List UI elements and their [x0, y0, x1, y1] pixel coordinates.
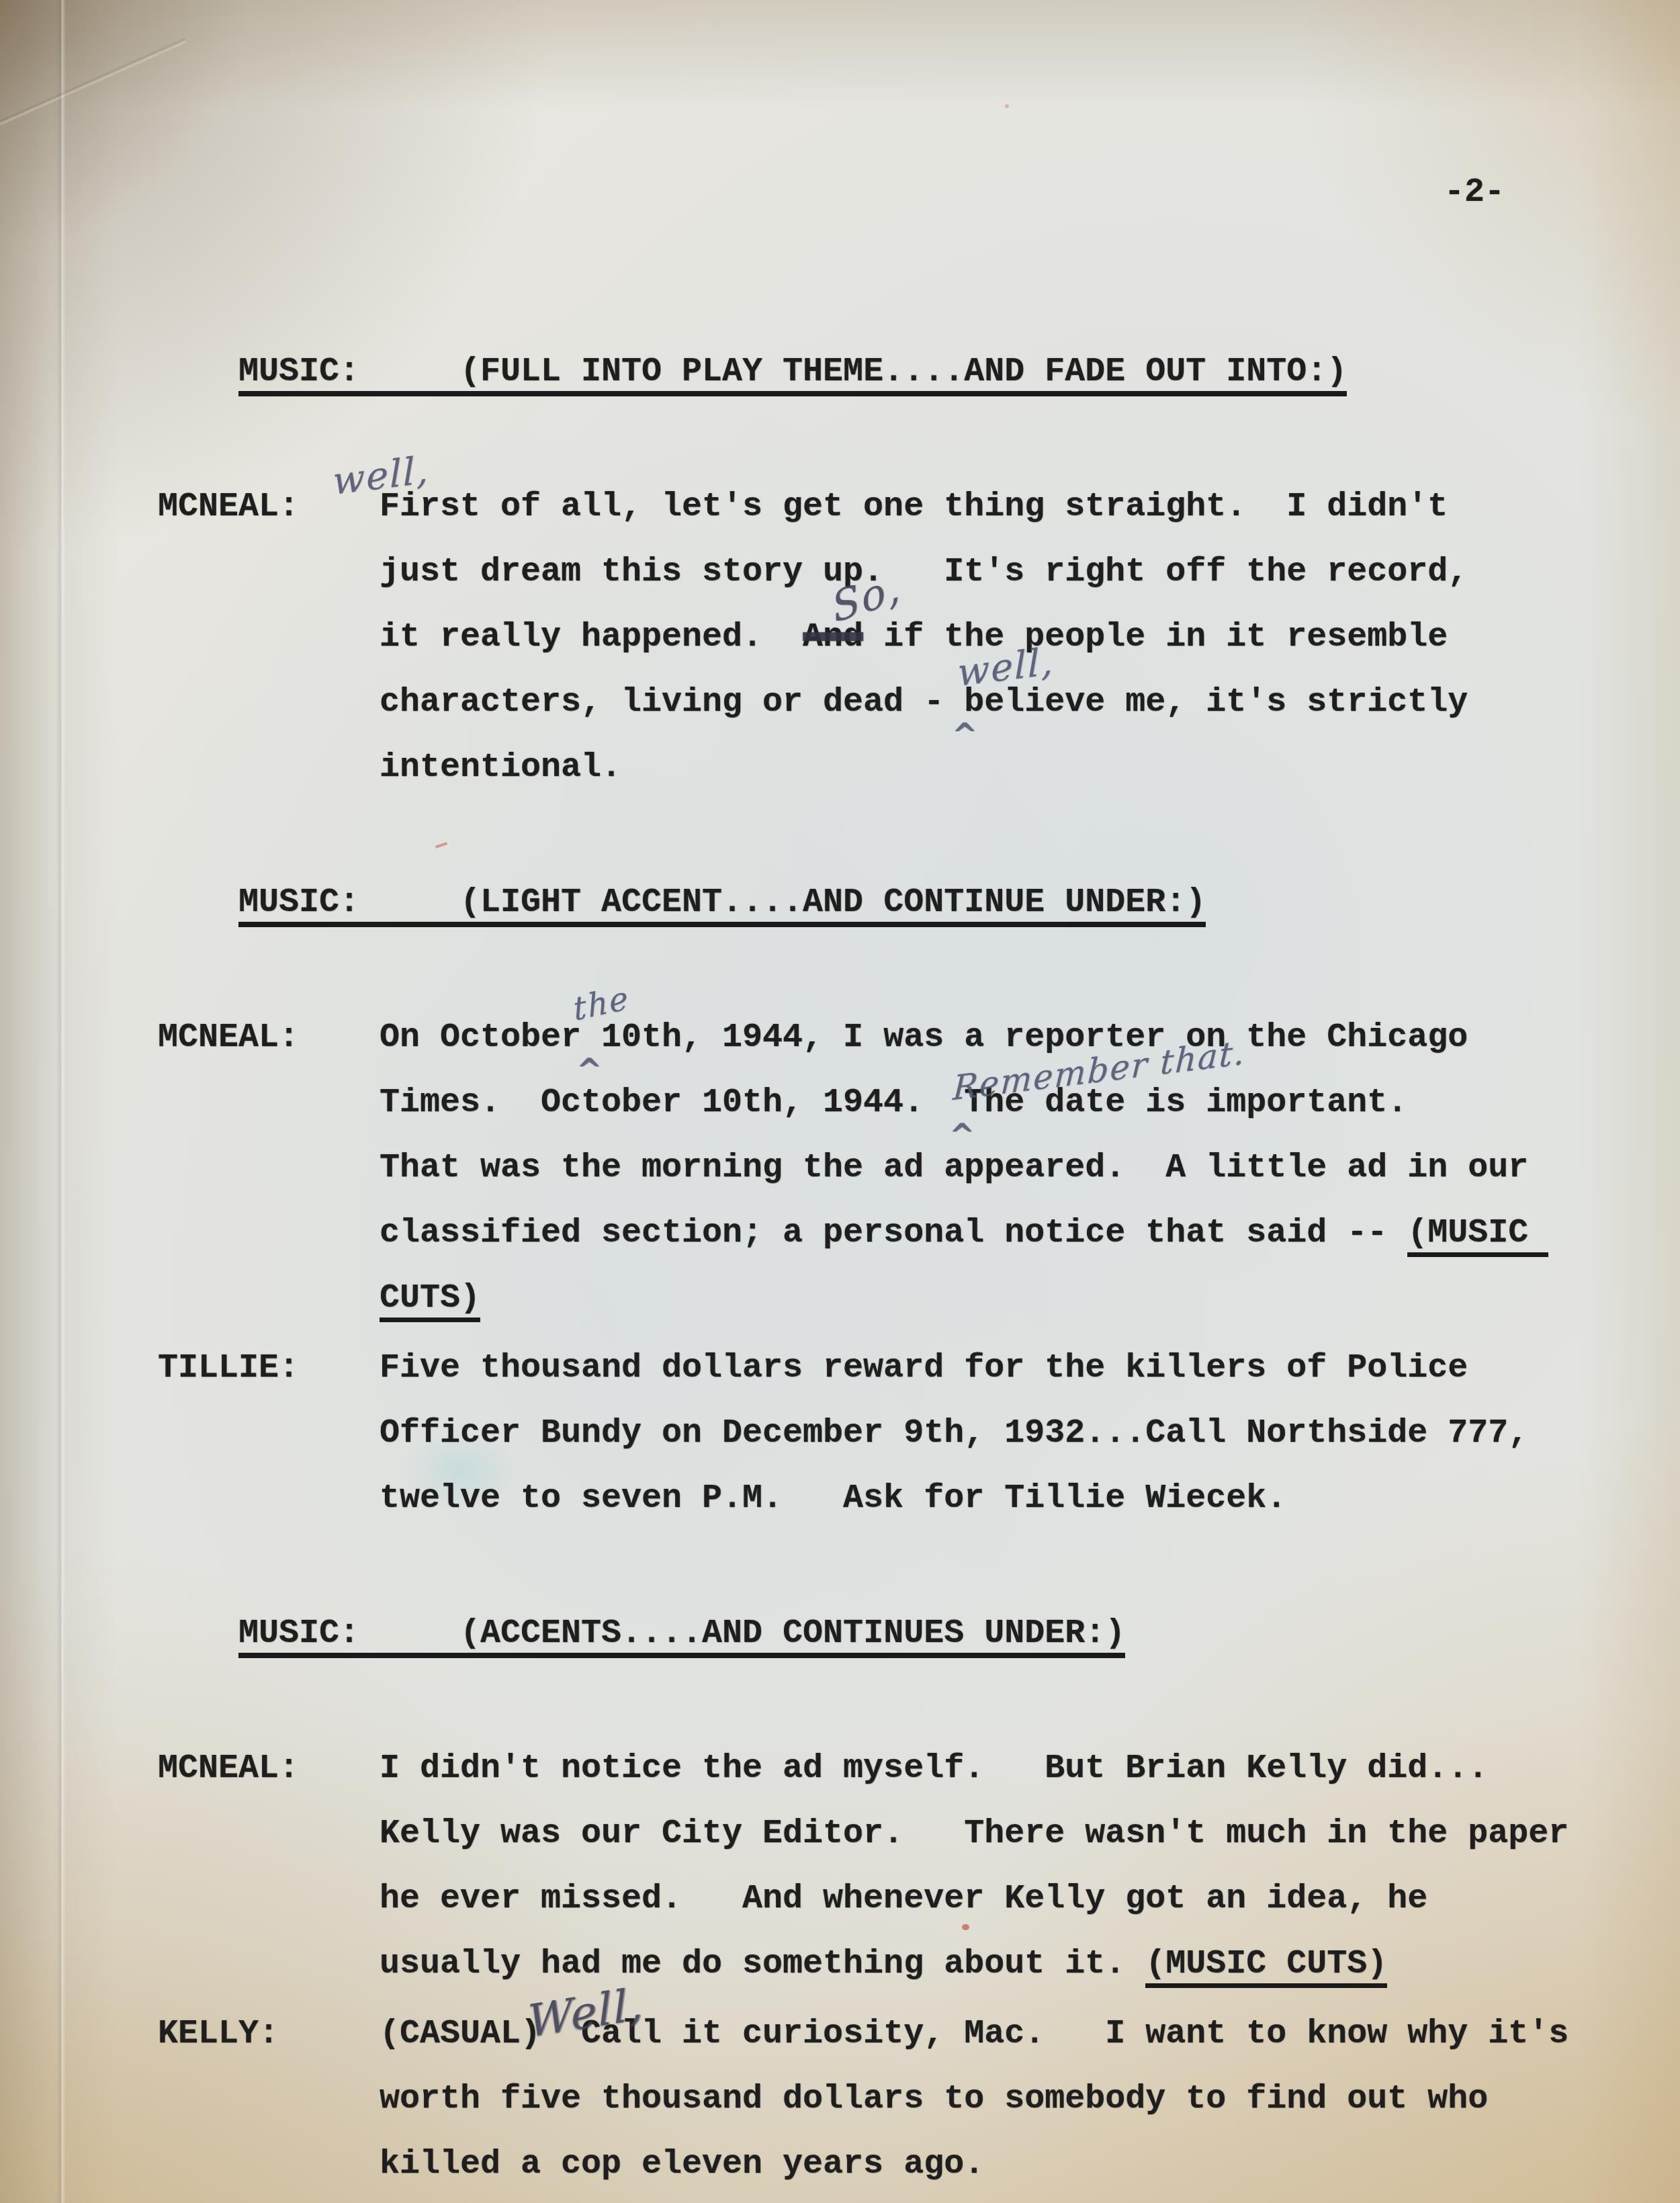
dialogue-text: On October [380, 1019, 601, 1057]
music-cue: MUSIC:(FULL INTO PLAY THEME....AND FADE … [158, 274, 1582, 470]
dialogue-line: Five thousand dollars reward for the kil… [380, 1336, 1582, 1401]
music-direction: (LIGHT ACCENT....AND CONTINUE UNDER:) [460, 883, 1206, 922]
dialogue-text: Officer Bundy on December 9th, 1932...Ca… [380, 1414, 1528, 1453]
dialogue-block: I didn't notice the ad myself. But Brian… [380, 1736, 1582, 1997]
speaker-label: MUSIC: [238, 339, 460, 404]
speaker-label: MCNEAL: [158, 1736, 380, 1997]
dialogue-line: worth five thousand dollars to somebody … [380, 2067, 1582, 2132]
dialogue-line: killed a cop eleven years ago. [380, 2132, 1582, 2197]
dialogue-text: if the people in it resemble [863, 618, 1448, 656]
dialogue-text: classified section; a personal notice th… [380, 1214, 1407, 1252]
speaker-label: MUSIC: [238, 1601, 460, 1666]
dialogue-line: CUTS) [380, 1266, 1582, 1331]
handwritten-well-annotation: well, [957, 629, 1055, 706]
handwritten-well-annotation: well, [333, 437, 430, 515]
dialogue-cue: MCNEAL: I didn't notice the ad myself. B… [158, 1736, 1582, 1997]
music-cue-underlined: MUSIC:(ACCENTS....AND CONTINUES UNDER:) [238, 1614, 1125, 1658]
dialogue-text: it really happened. [380, 618, 803, 656]
dialogue-text: I didn't notice the ad myself. But Brian… [380, 1750, 1488, 1788]
dialogue-line: (CASUAL) Well,Call it curiosity, Mac. I … [380, 2001, 1582, 2067]
dialogue-text: Times. October 10th, 1944. [380, 1084, 964, 1122]
music-cue-underlined: MUSIC:(LIGHT ACCENT....AND CONTINUE UNDE… [238, 883, 1206, 927]
script-page: { "page_number": "-2-", "marks": { "care… [0, 0, 1680, 2203]
dialogue-cue: KELLY: (CASUAL) Well,Call it curiosity, … [158, 2001, 1582, 2197]
dialogue-text: usually had me do something about it. [380, 1945, 1145, 1983]
speaker-label: MUSIC: [238, 870, 460, 935]
dialogue-text: just dream this story up. It's right off… [380, 553, 1468, 591]
handwritten-the-annotation: the [570, 965, 633, 1043]
dialogue-line: well,First of all, let's get one thing s… [380, 474, 1582, 539]
dialogue-line: Kelly was our City Editor. There wasn't … [380, 1801, 1582, 1866]
dialogue-cue: MCNEAL: On October the^10th, 1944, I was… [158, 1005, 1582, 1331]
dialogue-line: just dream this story up. It's right off… [380, 539, 1582, 605]
paper-crease-diagonal [0, 37, 187, 130]
speaker-label: KELLY: [158, 2001, 380, 2197]
dialogue-text: killed a cop eleven years ago. [380, 2145, 984, 2184]
dialogue-text: twelve to seven P.M. Ask for Tillie Wiec… [380, 1479, 1286, 1518]
dialogue-text: Five thousand dollars reward for the kil… [380, 1349, 1468, 1387]
speaker-label: MCNEAL: [158, 474, 380, 800]
dialogue-line: intentional. [380, 735, 1582, 800]
speaker-label: TILLIE: [158, 1336, 380, 1531]
underlined-music-cut: CUTS) [380, 1279, 480, 1322]
dialogue-line: characters, living or dead - well,^belie… [380, 670, 1582, 735]
dialogue-line: he ever missed. And whenever Kelly got a… [380, 1866, 1582, 1932]
dialogue-block: Five thousand dollars reward for the kil… [380, 1336, 1582, 1531]
paper-crease [56, 0, 66, 2203]
dialogue-text: he ever missed. And whenever Kelly got a… [380, 1880, 1427, 1918]
music-cue-underlined: MUSIC:(FULL INTO PLAY THEME....AND FADE … [238, 353, 1347, 396]
dialogue-cue: MCNEAL: well,First of all, let's get one… [158, 474, 1582, 800]
dialogue-line: classified section; a personal notice th… [380, 1201, 1582, 1266]
music-direction: (FULL INTO PLAY THEME....AND FADE OUT IN… [460, 353, 1347, 391]
dialogue-line: Officer Bundy on December 9th, 1932...Ca… [380, 1401, 1582, 1466]
dialogue-text: That was the morning the ad appeared. A … [380, 1149, 1528, 1187]
music-cue: MUSIC:(LIGHT ACCENT....AND CONTINUE UNDE… [158, 805, 1582, 1000]
speaker-label: MCNEAL: [158, 1005, 380, 1331]
music-cue: MUSIC:(ACCENTS....AND CONTINUES UNDER:) [158, 1536, 1582, 1731]
paper-speck [1005, 104, 1009, 108]
script-body: MUSIC:(FULL INTO PLAY THEME....AND FADE … [158, 274, 1582, 2202]
dialogue-text: Call it curiosity, Mac. I want to know w… [581, 2015, 1568, 2053]
dialogue-text: intentional. [380, 748, 621, 787]
dialogue-text: First of all, let's get one thing straig… [380, 488, 1448, 526]
underlined-music-cut: (MUSIC [1407, 1214, 1548, 1257]
page-number: -2- [1444, 173, 1505, 212]
dialogue-text: Kelly was our City Editor. There wasn't … [380, 1815, 1568, 1853]
underlined-music-cut: (MUSIC CUTS) [1145, 1945, 1387, 1988]
dialogue-text: worth five thousand dollars to somebody … [380, 2080, 1488, 2118]
dialogue-block: On October the^10th, 1944, I was a repor… [380, 1005, 1582, 1331]
dialogue-line: That was the morning the ad appeared. A … [380, 1135, 1582, 1201]
dialogue-line: Times. October 10th, 1944. Remember that… [380, 1070, 1582, 1135]
dialogue-block: well,First of all, let's get one thing s… [380, 474, 1582, 800]
dialogue-cue: TILLIE: Five thousand dollars reward for… [158, 1336, 1582, 1531]
dialogue-block: (CASUAL) Well,Call it curiosity, Mac. I … [380, 2001, 1582, 2197]
music-direction: (ACCENTS....AND CONTINUES UNDER:) [460, 1614, 1125, 1653]
dialogue-line: I didn't notice the ad myself. But Brian… [380, 1736, 1582, 1801]
dialogue-line: twelve to seven P.M. Ask for Tillie Wiec… [380, 1466, 1582, 1531]
dialogue-text: characters, living or dead - [380, 683, 964, 722]
